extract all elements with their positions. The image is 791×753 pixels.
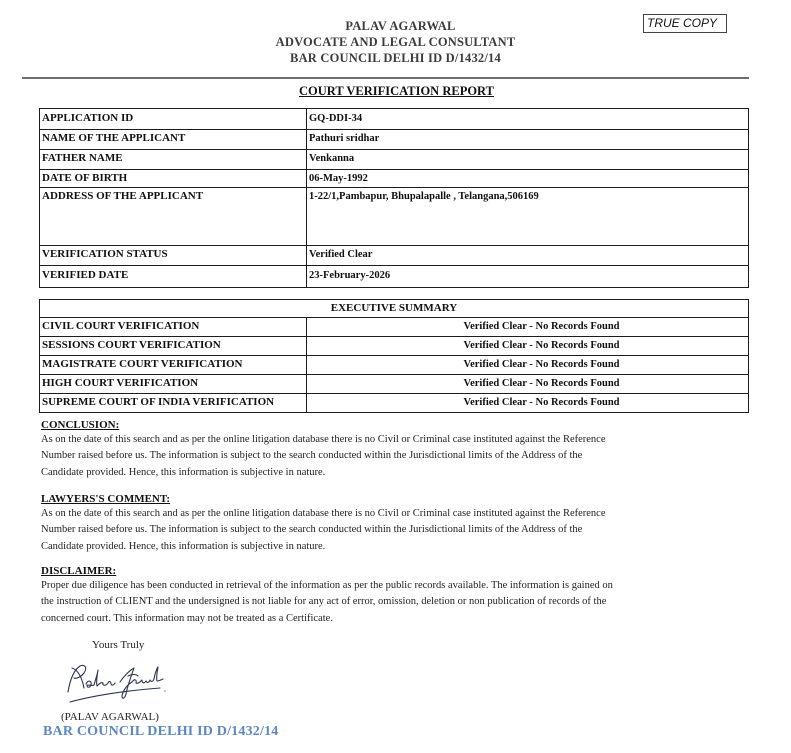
lawyers-comment-heading: LAWYERS'S COMMENT: — [41, 492, 741, 506]
signer-name: (PALAV AGARWAL) — [61, 711, 159, 723]
row-label: FATHER NAME — [40, 150, 307, 170]
row-label: APPLICATION ID — [40, 109, 307, 130]
address-value: 1-22/1,Pambapur, Bhupalapalle , Telangan… — [307, 188, 749, 246]
disclaimer-line: Proper due diligence has been conducted … — [41, 578, 741, 594]
table-row: SUPREME COURT OF INDIA VERIFICATION Veri… — [40, 394, 749, 413]
applicant-name-value: Pathuri sridhar — [307, 130, 749, 150]
date-of-birth-value: 06-May-1992 — [307, 170, 749, 188]
table-row: CIVIL COURT VERIFICATION Verified Clear … — [40, 318, 749, 337]
court-result: Verified Clear - No Records Found — [307, 318, 749, 337]
bar-council-id: BAR COUNCIL DELHI ID D/1432/14 — [0, 50, 791, 66]
conclusion-section: CONCLUSION: As on the date of this searc… — [41, 418, 741, 481]
father-name-value: Venkanna — [307, 150, 749, 170]
court-result: Verified Clear - No Records Found — [307, 356, 749, 375]
header-divider — [22, 77, 749, 79]
court-label: CIVIL COURT VERIFICATION — [40, 318, 307, 337]
disclaimer-line: concerned court. This information may no… — [41, 611, 741, 627]
court-result: Verified Clear - No Records Found — [307, 375, 749, 394]
lawyers-comment-line: Candidate provided. Hence, this informat… — [41, 539, 741, 555]
conclusion-heading: CONCLUSION: — [41, 418, 741, 432]
executive-summary-table: EXECUTIVE SUMMARY CIVIL COURT VERIFICATI… — [39, 299, 749, 413]
court-result: Verified Clear - No Records Found — [307, 394, 749, 413]
court-label: HIGH COURT VERIFICATION — [40, 375, 307, 394]
conclusion-line: Number raised before us. The information… — [41, 448, 741, 464]
row-label: ADDRESS OF THE APPLICANT — [40, 188, 307, 246]
row-label: VERIFIED DATE — [40, 266, 307, 288]
applicant-details-table: APPLICATION ID GQ-DDI-34 NAME OF THE APP… — [39, 108, 749, 288]
lawyers-comment-line: Number raised before us. The information… — [41, 522, 741, 538]
court-label: SESSIONS COURT VERIFICATION — [40, 337, 307, 356]
court-result: Verified Clear - No Records Found — [307, 337, 749, 356]
table-row: FATHER NAME Venkanna — [40, 150, 749, 170]
closing-salutation: Yours Truly — [92, 639, 144, 651]
court-label: MAGISTRATE COURT VERIFICATION — [40, 356, 307, 375]
table-row: APPLICATION ID GQ-DDI-34 — [40, 109, 749, 130]
table-row: NAME OF THE APPLICANT Pathuri sridhar — [40, 130, 749, 150]
lawyers-comment-line: As on the date of this search and as per… — [41, 506, 741, 522]
table-row: SESSIONS COURT VERIFICATION Verified Cle… — [40, 337, 749, 356]
disclaimer-line: the instruction of CLIENT and the unders… — [41, 594, 741, 610]
conclusion-line: As on the date of this search and as per… — [41, 432, 741, 448]
table-row: MAGISTRATE COURT VERIFICATION Verified C… — [40, 356, 749, 375]
signer-bar-council-id: BAR COUNCIL DELHI ID D/1432/14 — [43, 724, 278, 740]
table-row: VERIFICATION STATUS Verified Clear — [40, 246, 749, 266]
signature-icon — [62, 658, 172, 706]
report-title: COURT VERIFICATION REPORT — [0, 84, 791, 99]
disclaimer-section: DISCLAIMER: Proper due diligence has bee… — [41, 564, 741, 627]
table-row: HIGH COURT VERIFICATION Verified Clear -… — [40, 375, 749, 394]
verification-status-value: Verified Clear — [307, 246, 749, 266]
row-label: DATE OF BIRTH — [40, 170, 307, 188]
row-label: VERIFICATION STATUS — [40, 246, 307, 266]
application-id-value: GQ-DDI-34 — [307, 109, 749, 130]
conclusion-line: Candidate provided. Hence, this informat… — [41, 465, 741, 481]
lawyers-comment-section: LAWYERS'S COMMENT: As on the date of thi… — [41, 492, 741, 555]
verified-date-value: 23-February-2026 — [307, 266, 749, 288]
table-row: DATE OF BIRTH 06-May-1992 — [40, 170, 749, 188]
row-label: NAME OF THE APPLICANT — [40, 130, 307, 150]
table-row: VERIFIED DATE 23-February-2026 — [40, 266, 749, 288]
court-label: SUPREME COURT OF INDIA VERIFICATION — [40, 394, 307, 413]
disclaimer-heading: DISCLAIMER: — [41, 564, 741, 578]
table-row: ADDRESS OF THE APPLICANT 1-22/1,Pambapur… — [40, 188, 749, 246]
executive-summary-heading: EXECUTIVE SUMMARY — [40, 300, 749, 318]
advocate-designation: ADVOCATE AND LEGAL CONSULTANT — [0, 34, 791, 50]
table-header-row: EXECUTIVE SUMMARY — [40, 300, 749, 318]
true-copy-stamp: TRUE COPY — [643, 14, 727, 33]
